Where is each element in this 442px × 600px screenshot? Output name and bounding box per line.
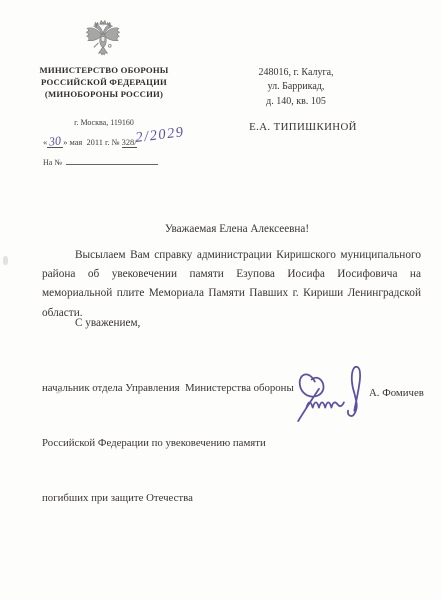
outgoing-number-printed: 328/ [122,138,137,148]
ministry-name-block: МИНИСТЕРСТВО ОБОРОНЫ РОССИЙСКОЙ ФЕДЕРАЦИ… [18,65,190,101]
signer-name: А. Фомичев [369,387,424,399]
signer-title-line: погибших при защите Отечества [42,489,372,507]
scanned-letter-page: МИНИСТЕРСТВО ОБОРОНЫ РОССИЙСКОЙ ФЕДЕРАЦИ… [0,0,442,600]
reference-number-line: На № [43,155,158,167]
handwritten-day: 30 [49,136,62,146]
recipient-address-block: 248016, г. Калуга, ул. Баррикад, д. 140,… [226,66,366,109]
handwritten-registration-number: 2/2029 [134,124,185,147]
recipient-address-line: д. 140, кв. 105 [226,95,366,109]
ministry-line: МИНИСТЕРСТВО ОБОРОНЫ [18,65,190,77]
handwritten-signature-icon [294,360,372,426]
coat-of-arms-icon [84,17,122,58]
closing-phrase: С уважением, [75,317,140,329]
reference-blank-underline [66,155,158,165]
signer-title-line: Российской Федерации по увековечению пам… [42,434,372,452]
body-paragraph: Высылаем Вам справку администрации Кириш… [42,246,421,323]
recipient-name: Е.А. ТИПИШКИНОЙ [228,121,378,133]
ministry-line: РОССИЙСКОЙ ФЕДЕРАЦИИ [18,77,190,89]
ministry-line: (МИНОБОРОНЫ РОССИИ) [18,89,190,101]
date-printed-text: » мая 2011 г. № [63,138,119,147]
salutation: Уважаемая Елена Алексеевна! [16,223,442,235]
recipient-address-line: 248016, г. Калуга, [226,66,366,80]
day-slot: 30 [47,137,63,148]
date-line: «30» мая 2011 г. №328/2/2029 [43,133,186,150]
reference-label: На № [43,158,62,167]
scan-speck [3,256,8,265]
recipient-address-line: ул. Баррикад, [226,80,366,94]
